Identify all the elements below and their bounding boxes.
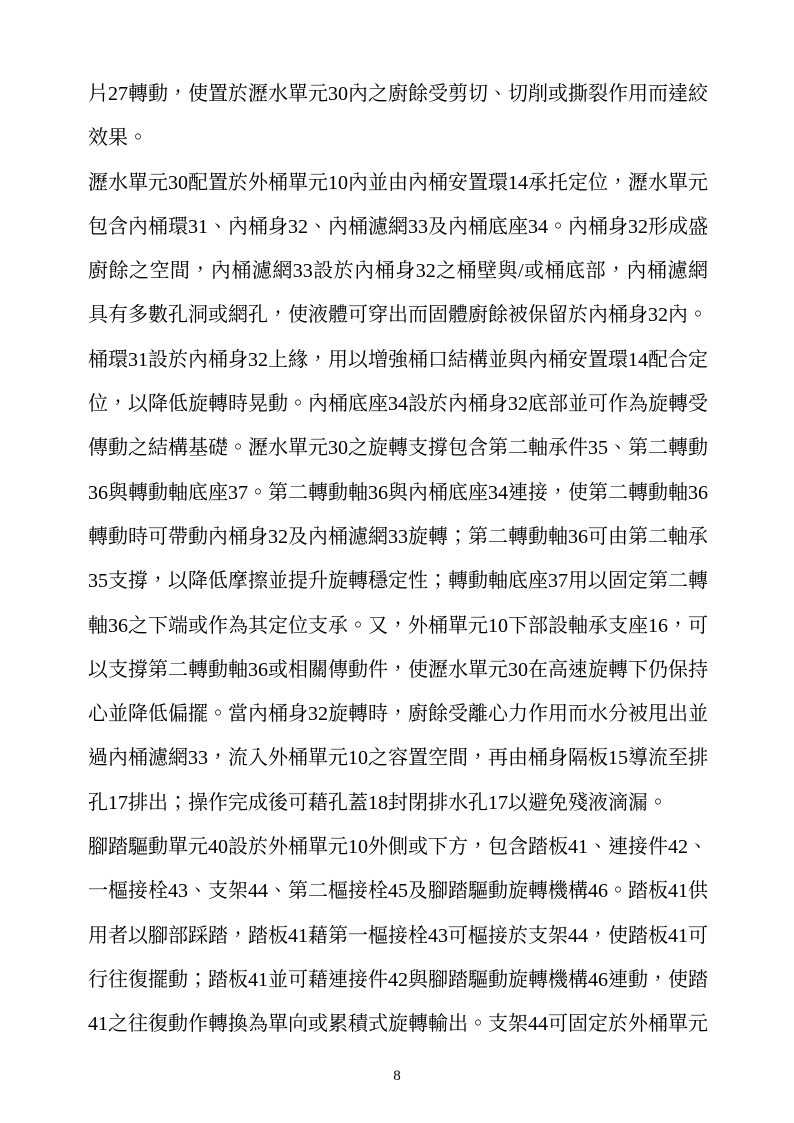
page-number: 8 [0, 1066, 794, 1086]
document-page: 片27轉動，使置於瀝水單元30內之廚餘受剪切、切削或撕裂作用而達絞碎效果。瀝水單… [0, 0, 794, 1123]
text-line: 片27轉動，使置於瀝水單元30內之廚餘受剪切、切削或撕裂作用而達絞碎 [88, 72, 708, 116]
document-body: 片27轉動，使置於瀝水單元30內之廚餘受剪切、切削或撕裂作用而達絞碎效果。瀝水單… [88, 72, 708, 1047]
text-line: 用者以腳部踩踏，踏板41藉第一樞接栓43可樞接於支架44，使踏板41可進 [88, 914, 708, 958]
text-line: 35支撐，以降低摩擦並提升旋轉穩定性；轉動軸底座37用以固定第二轉動 [88, 559, 708, 603]
paragraph: 瀝水單元30配置於外桶單元10內並由內桶安置環14承托定位，瀝水單元30包含內桶… [88, 161, 708, 825]
text-line: 以支撐第二轉動軸36或相關傳動件，使瀝水單元30在高速旋轉下仍保持同 [88, 648, 708, 692]
text-line: 軸36之下端或作為其定位支承。又，外桶單元10下部設軸承支座16，可用 [88, 604, 708, 648]
text-line: 位，以降低旋轉時晃動。內桶底座34設於內桶身32底部並可作為旋轉受力/ [88, 382, 708, 426]
paragraph: 片27轉動，使置於瀝水單元30內之廚餘受剪切、切削或撕裂作用而達絞碎效果。 [88, 72, 708, 161]
text-line: 桶環31設於內桶身32上緣，用以增強桶口結構並與內桶安置環14配合定 [88, 338, 708, 382]
text-line: 36與轉動軸底座37。第二轉動軸36與內桶底座34連接，使第二轉動軸36 [88, 471, 708, 515]
text-line: 腳踏驅動單元40設於外桶單元10外側或下方，包含踏板41、連接件42、第 [88, 825, 708, 869]
text-line: 轉動時可帶動內桶身32及內桶濾網33旋轉；第二轉動軸36可由第二軸承件 [88, 515, 708, 559]
text-line: 包含內桶環31、內桶身32、內桶濾網33及內桶底座34。內桶身32形成盛裝 [88, 205, 708, 249]
text-line: 一樞接栓43、支架44、第二樞接栓45及腳踏驅動旋轉機構46。踏板41供使 [88, 869, 708, 913]
text-line: 心並降低偏擺。當內桶身32旋轉時，廚餘受離心力作用而水分被甩出並穿 [88, 692, 708, 736]
paragraph: 腳踏驅動單元40設於外桶單元10外側或下方，包含踏板41、連接件42、第一樞接栓… [88, 825, 708, 1046]
text-line: 效果。 [88, 116, 708, 160]
text-line: 孔17排出；操作完成後可藉孔蓋18封閉排水孔17以避免殘液滴漏。 [88, 781, 708, 825]
text-line: 行往復擺動；踏板41並可藉連接件42與腳踏驅動旋轉機構46連動，使踏板 [88, 958, 708, 1002]
text-line: 瀝水單元30配置於外桶單元10內並由內桶安置環14承托定位，瀝水單元30 [88, 161, 708, 205]
text-line: 41之往復動作轉換為單向或累積式旋轉輸出。支架44可固定於外桶單元10 [88, 1002, 708, 1046]
text-line: 具有多數孔洞或網孔，使液體可穿出而固體廚餘被保留於內桶身32內。內 [88, 293, 708, 337]
text-line: 傳動之結構基礎。瀝水單元30之旋轉支撐包含第二軸承件35、第二轉動軸 [88, 426, 708, 470]
text-line: 廚餘之空間，內桶濾網33設於內桶身32之桶壁與/或桶底部，內桶濾網33 [88, 249, 708, 293]
text-line: 過內桶濾網33，流入外桶單元10之容置空間，再由桶身隔板15導流至排水 [88, 736, 708, 780]
